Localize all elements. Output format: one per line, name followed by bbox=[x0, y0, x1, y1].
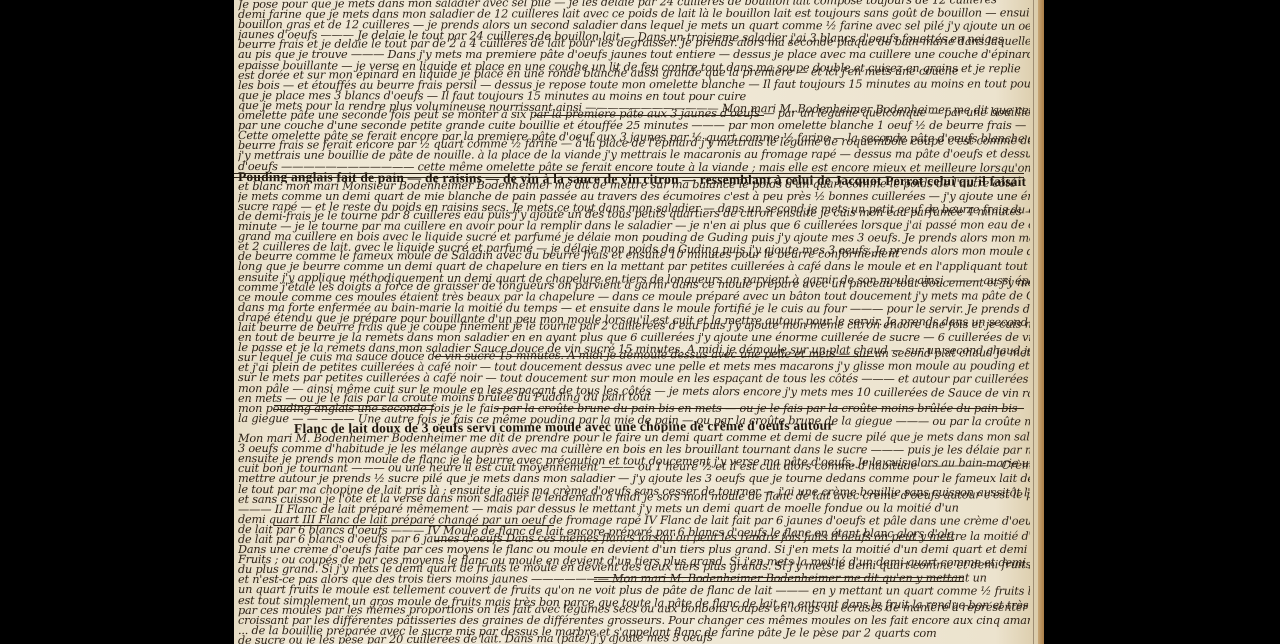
right-margin-rule bbox=[1033, 0, 1034, 644]
section-divider-double-rule bbox=[234, 173, 1024, 174]
section-divider-double-rule bbox=[594, 577, 964, 578]
section-rule bbox=[274, 525, 554, 526]
section-rule bbox=[434, 356, 874, 357]
section-divider-double-rule bbox=[274, 405, 434, 406]
manuscript-page: Je pose pour que je mets dans mon saladi… bbox=[234, 0, 1044, 644]
section-rule bbox=[434, 540, 954, 541]
section-rule bbox=[534, 115, 764, 116]
section-rule bbox=[494, 408, 1024, 409]
